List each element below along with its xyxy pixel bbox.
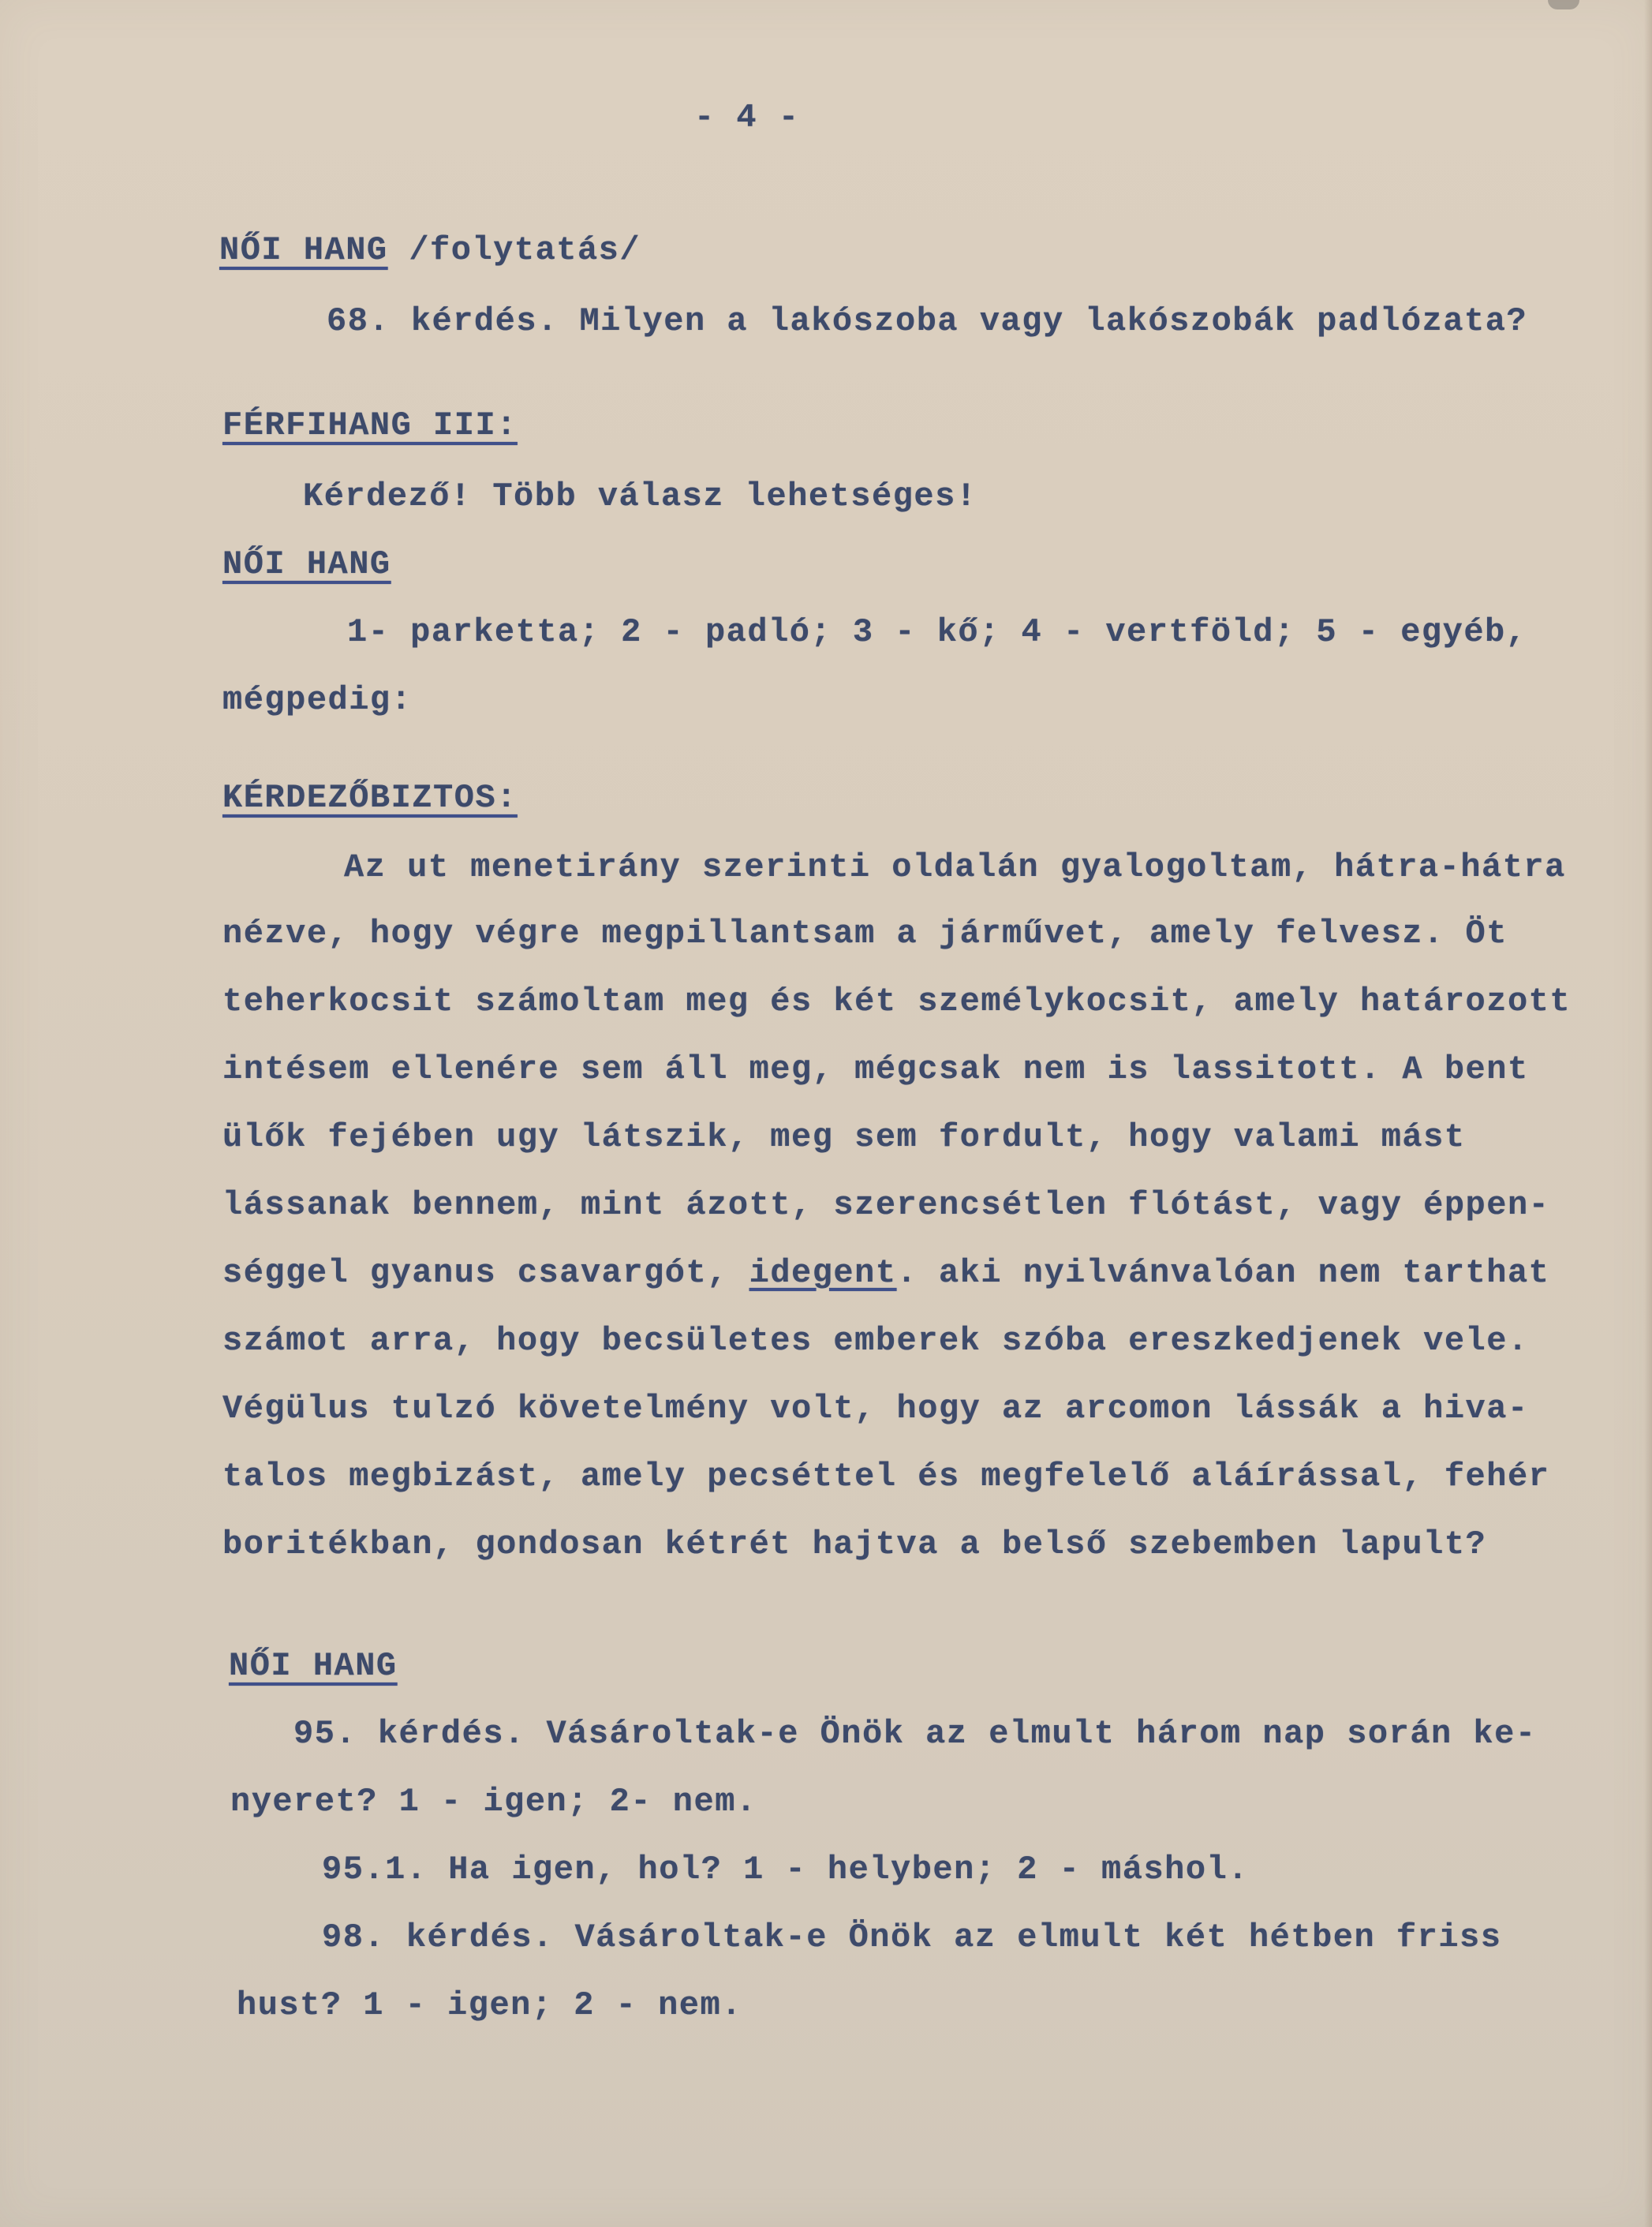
typewritten-page: - 4 - NŐI HANG /folytatás/ 68. kérdés. M…: [0, 0, 1652, 2227]
question-line: nyeret? 1 - igen; 2- nem.: [230, 1785, 757, 1818]
instruction-line: Kérdező! Több válasz lehetséges!: [303, 480, 977, 513]
question-line: hust? 1 - igen; 2 - nem.: [237, 1989, 742, 2022]
narrative-line: talos megbizást, amely pecséttel és megf…: [222, 1460, 1549, 1493]
speaker-name: NŐI HANG: [219, 231, 388, 269]
speaker-suffix: /folytatás/: [388, 231, 641, 269]
narrative-line: Az ut menetirány szerinti oldalán gyalog…: [344, 851, 1566, 884]
narrative-line: séggel gyanus csavargót, idegent. aki ny…: [222, 1256, 1549, 1289]
narrative-line: nézve, hogy végre megpillantsam a járműv…: [222, 917, 1508, 950]
speaker-heading: NŐI HANG: [222, 548, 391, 581]
question-line: 95.1. Ha igen, hol? 1 - helyben; 2 - más…: [322, 1853, 1249, 1886]
narrative-text: séggel gyanus csavargót,: [222, 1254, 749, 1292]
narrative-line: boritékban, gondosan kétrét hajtva a bel…: [222, 1528, 1486, 1561]
speaker-heading: NŐI HANG /folytatás/: [219, 234, 641, 267]
narrative-line: Végülus tulzó követelmény volt, hogy az …: [222, 1392, 1529, 1425]
narrative-line: ülők fejében ugy látszik, meg sem fordul…: [222, 1121, 1466, 1154]
narrative-line: számot arra, hogy becsületes emberek szó…: [222, 1324, 1529, 1357]
answer-options-line: 1- parketta; 2 - padló; 3 - kő; 4 - vert…: [347, 616, 1527, 649]
narrative-line: intésem ellenére sem áll meg, mégcsak ne…: [222, 1053, 1529, 1086]
speaker-heading: KÉRDEZŐBIZTOS:: [222, 781, 518, 814]
question-line: 95. kérdés. Vásároltak-e Önök az elmult …: [293, 1717, 1537, 1750]
answer-options-line: mégpedig:: [222, 683, 412, 717]
page-edge-shadow: [1644, 0, 1652, 2227]
narrative-text: . aki nyilvánvalóan nem tarthat: [897, 1254, 1550, 1292]
question-line: 98. kérdés. Vásároltak-e Önök az elmult …: [322, 1921, 1501, 1954]
ink-smudge: [1548, 0, 1579, 9]
page-number: - 4 -: [694, 101, 800, 134]
narrative-line: teherkocsit számoltam meg és két személy…: [222, 985, 1571, 1018]
underlined-word: idegent: [749, 1254, 897, 1292]
narrative-line: lássanak bennem, mint ázott, szerencsétl…: [222, 1188, 1549, 1222]
question-line: 68. kérdés. Milyen a lakószoba vagy lakó…: [327, 305, 1527, 338]
speaker-heading: FÉRFIHANG III:: [222, 409, 518, 442]
speaker-heading: NŐI HANG: [229, 1649, 398, 1682]
